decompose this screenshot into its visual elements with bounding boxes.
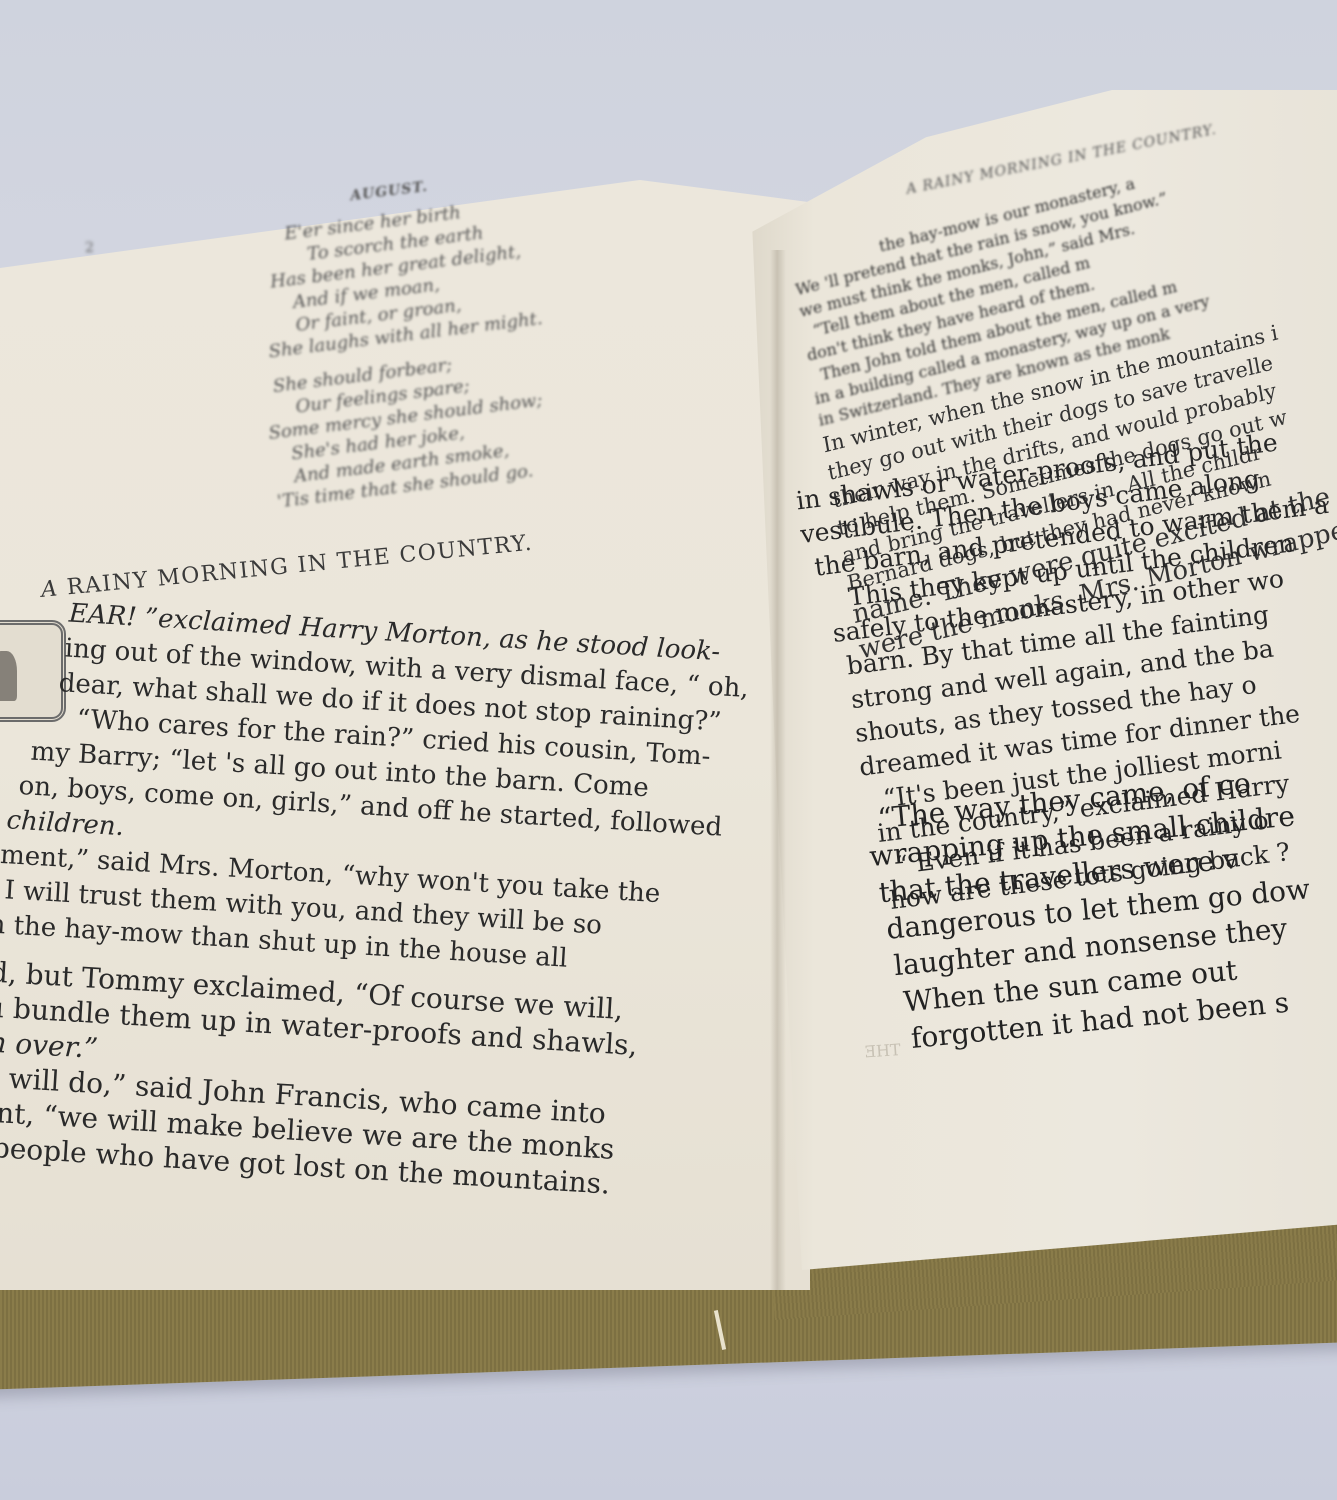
right-page-body-lower: “The way they came, of co wrapping up th… — [860, 800, 1322, 1060]
book-photo-scene: 2 AUGUST. E'er since her birth To scorch… — [0, 0, 1337, 1500]
left-page-number: 2 — [85, 240, 94, 256]
poem-stanza-2: She should forbear; Our feelings spare; … — [252, 342, 562, 515]
poem: AUGUST. E'er since her birth To scorch t… — [230, 164, 564, 527]
illustration-figure — [0, 651, 17, 701]
chapter-title-article: A — [40, 576, 60, 603]
show-through-text: THE — [864, 1040, 902, 1061]
poem-stanza-1: E'er since her birth To scorch the earth… — [234, 193, 544, 366]
left-page-body: EAR! ”exclaimed Harry Morton, as he stoo… — [26, 596, 752, 1208]
book-gutter — [770, 250, 786, 1290]
